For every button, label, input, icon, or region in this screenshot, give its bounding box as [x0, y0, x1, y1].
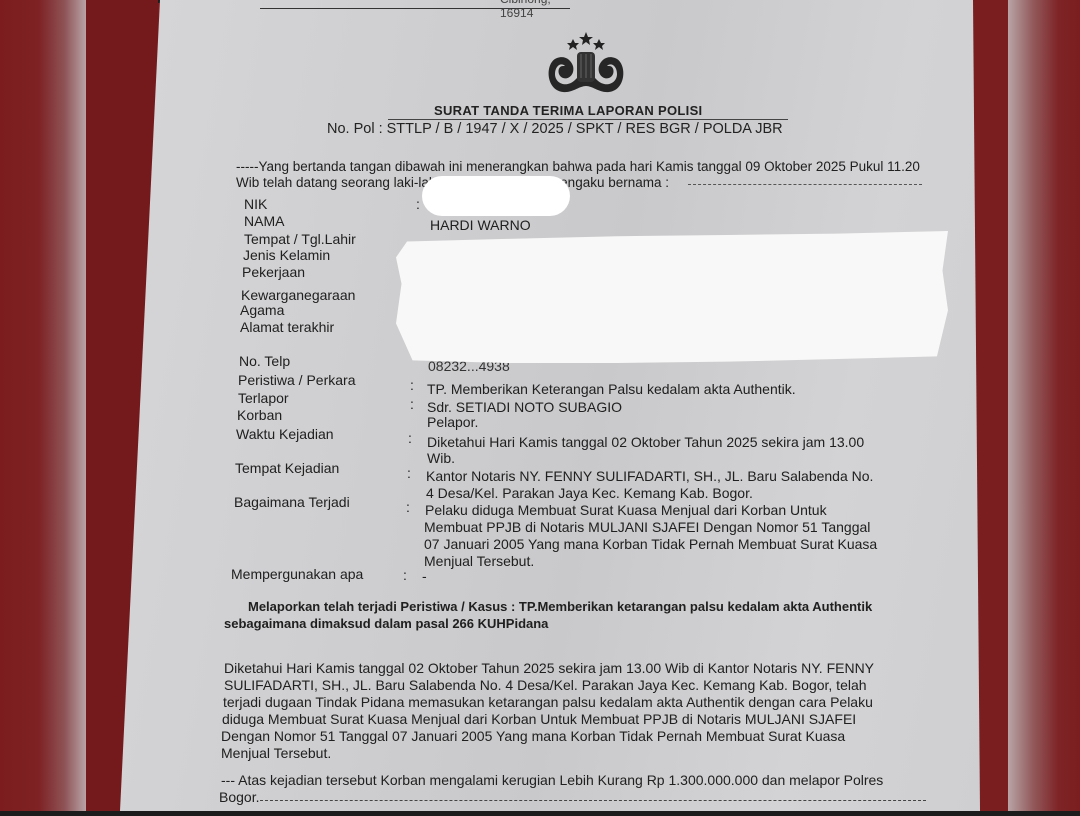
bottom-frame-bar	[0, 811, 1080, 816]
field-colon: :	[408, 430, 412, 446]
field-value-tempat-1: Kantor Notaris NY. FENNY SULIFADARTI, SH…	[426, 468, 873, 484]
loss-line-1: --- Atas kejadian tersebut Korban mengal…	[221, 772, 883, 790]
field-label-peristiwa: Peristiwa / Perkara	[238, 372, 355, 388]
narrative-line-2: SULIFADARTI, SH., JL. Baru Salabenda No.…	[224, 677, 867, 695]
field-colon: :	[410, 396, 414, 412]
field-value-korban: Pelapor.	[427, 414, 478, 430]
police-emblem-icon	[545, 32, 627, 98]
field-colon: :	[403, 567, 407, 583]
report-statement-2: sebagaimana dimaksud dalam pasal 266 KUH…	[224, 615, 548, 633]
field-label-tempat-tgl-lahir: Tempat / Tgl.Lahir	[244, 231, 356, 247]
field-label-korban: Korban	[237, 407, 282, 423]
field-label-tempat-kejadian: Tempat Kejadian	[235, 460, 339, 476]
field-label-terlapor: Terlapor	[238, 390, 289, 406]
police-report-document: Cibinong, 16914 SURAT TANDA TERIMA LAPOR…	[120, 0, 980, 811]
field-value-nama: HARDI WARNO	[430, 217, 531, 233]
field-label-kewarganegaraan: Kewarganegaraan	[241, 287, 355, 303]
field-label-bagaimana: Bagaimana Terjadi	[234, 494, 350, 510]
document-title: SURAT TANDA TERIMA LAPORAN POLISI	[434, 103, 702, 118]
field-label-waktu: Waktu Kejadian	[236, 426, 334, 442]
redaction-nik	[422, 176, 570, 216]
report-number: No. Pol : STTLP / B / 1947 / X / 2025 / …	[327, 121, 783, 137]
loss-line-2: Bogor.	[219, 789, 259, 807]
footer-dash-line	[260, 800, 926, 801]
redaction-personal-data	[396, 231, 948, 363]
field-value-tempat-2: 4 Desa/Kel. Parakan Jaya Kec. Kemang Kab…	[426, 485, 753, 501]
field-label-nama: NAMA	[244, 213, 284, 229]
field-colon: :	[416, 196, 420, 212]
field-value-terlapor: Sdr. SETIADI NOTO SUBAGIO	[427, 399, 622, 415]
field-label-jenis-kelamin: Jenis Kelamin	[243, 247, 330, 263]
intro-dash-line	[688, 184, 922, 185]
letterhead-text: Cibinong, 16914	[500, 0, 570, 20]
field-value-peristiwa: TP. Memberikan Keterangan Palsu kedalam …	[427, 381, 796, 397]
field-value-bagaimana-4: Menjual Tersebut.	[424, 553, 534, 569]
report-statement-1: Melaporkan telah terjadi Peristiwa / Kas…	[248, 598, 872, 616]
background-blur-right	[1008, 0, 1080, 816]
field-colon: :	[407, 465, 411, 481]
field-value-bagaimana-1: Pelaku diduga Membuat Surat Kuasa Menjua…	[425, 502, 827, 518]
top-letterhead-strip: Cibinong, 16914	[260, 0, 570, 9]
title-underline	[388, 119, 788, 120]
intro-line-1: -----Yang bertanda tangan dibawah ini me…	[236, 159, 920, 175]
field-label-agama: Agama	[240, 302, 284, 318]
field-label-pekerjaan: Pekerjaan	[242, 264, 305, 280]
narrative-line-3: terjadi dugaan Tindak Pidana memasukan k…	[223, 694, 873, 712]
narrative-line-6: Menjual Tersebut.	[221, 745, 331, 763]
field-value-waktu-1: Diketahui Hari Kamis tanggal 02 Oktober …	[427, 434, 864, 450]
field-colon: :	[410, 377, 414, 393]
background-blur-left	[0, 0, 86, 816]
field-label-telp: No. Telp	[239, 353, 290, 369]
field-value-bagaimana-3: 07 Januari 2005 Yang mana Korban Tidak P…	[424, 536, 877, 552]
narrative-line-4: diduga Membuat Surat Kuasa Menjual dari …	[222, 711, 856, 729]
field-colon: :	[406, 499, 410, 515]
narrative-line-5: Dengan Nomor 51 Tanggal 07 Januari 2005 …	[221, 728, 845, 746]
field-label-mempergunakan: Mempergunakan apa	[231, 566, 363, 582]
field-value-waktu-2: Wib.	[427, 450, 455, 466]
field-label-alamat: Alamat terakhir	[240, 319, 334, 335]
field-value-bagaimana-2: Membuat PPJB di Notaris MULJANI SJAFEI D…	[424, 519, 870, 535]
field-label-nik: NIK	[244, 196, 267, 212]
field-value-mempergunakan: -	[422, 568, 427, 584]
narrative-line-1: Diketahui Hari Kamis tanggal 02 Oktober …	[224, 660, 874, 678]
